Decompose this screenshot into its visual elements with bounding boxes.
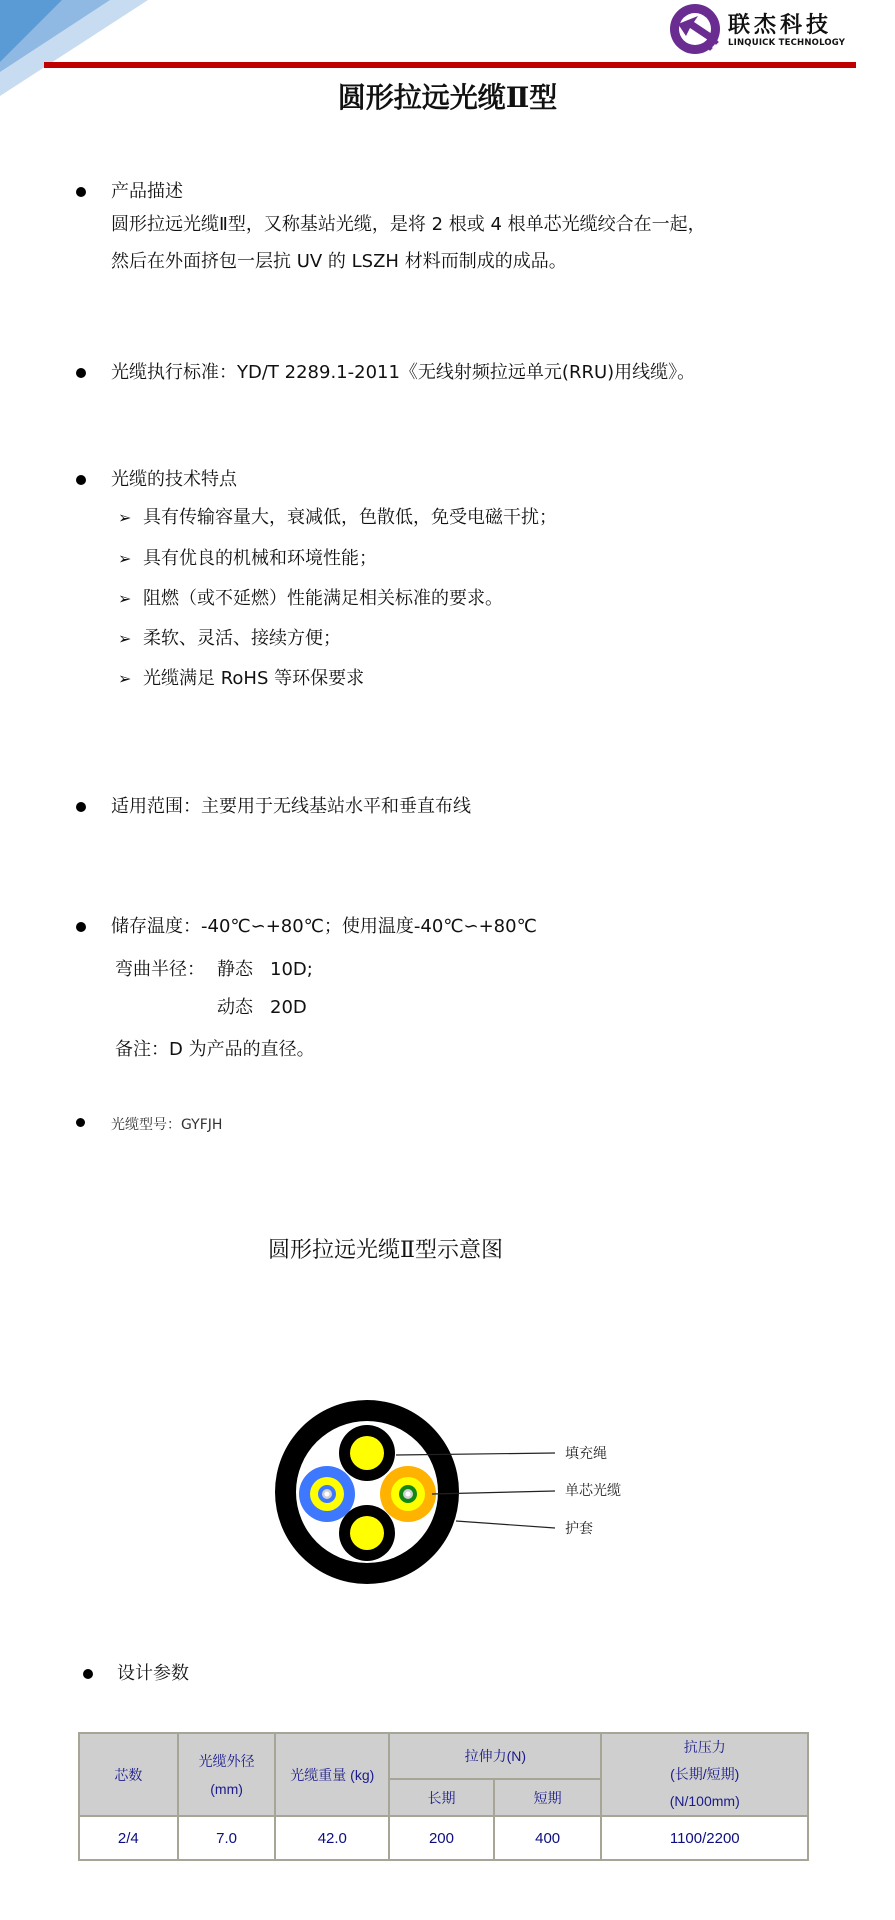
arrow-bullet-icon: ➢ xyxy=(118,508,131,527)
label-filler-rope: 填充绳 xyxy=(565,1443,607,1463)
header-accent-bar xyxy=(44,62,856,68)
company-logo: 联杰科技 LINQUICK TECHNOLOGY xyxy=(668,2,883,56)
feature-item: 阻燃（或不延燃）性能满足相关标准的要求。 xyxy=(143,588,503,610)
dynamic-value: 20D xyxy=(270,997,307,1019)
standard-text: 光缆执行标准：YD/T 2289.1-2011《无线射频拉远单元(RRU)用线缆… xyxy=(111,362,695,384)
arrow-bullet-icon: ➢ xyxy=(118,589,131,608)
bullet-icon xyxy=(83,1669,93,1679)
cell-tension-long: 200 xyxy=(389,1816,494,1860)
bullet-icon xyxy=(76,1118,85,1127)
cell-cores: 2/4 xyxy=(79,1816,178,1860)
logo-emblem-icon xyxy=(668,2,724,56)
cell-tension-short: 400 xyxy=(494,1816,602,1860)
bullet-icon xyxy=(76,368,86,378)
arrow-bullet-icon: ➢ xyxy=(118,549,131,568)
header-weight: 光缆重量 (kg) xyxy=(275,1733,389,1816)
header-crush: 抗压力 (长期/短期) (N/100mm) xyxy=(601,1733,808,1816)
diagram-title: 圆形拉远光缆Ⅱ型示意图 xyxy=(268,1233,503,1264)
bullet-icon xyxy=(76,922,86,932)
feature-item: 柔软、灵活、接续方便； xyxy=(143,628,341,650)
header-tension: 拉伸力(N) xyxy=(389,1733,601,1779)
section-heading-params: 设计参数 xyxy=(117,1663,189,1685)
header-crush-line1: 抗压力 xyxy=(602,1734,807,1761)
header-od-line1: 光缆外径 xyxy=(179,1747,275,1775)
static-value: 10D; xyxy=(270,959,313,981)
header-tension-long: 长期 xyxy=(389,1779,494,1816)
logo-english: LINQUICK TECHNOLOGY xyxy=(728,38,845,48)
dynamic-label: 动态 xyxy=(217,997,253,1019)
temperature-text: 储存温度：-40℃∽+80℃；使用温度-40℃∽+80℃ xyxy=(111,916,537,938)
model-text: 光缆型号：GYFJH xyxy=(111,1114,222,1134)
arrow-bullet-icon: ➢ xyxy=(118,629,131,648)
static-label: 静态 xyxy=(217,959,253,981)
logo-name: 联杰科技 xyxy=(728,8,832,39)
scope-text: 适用范围：主要用于无线基站水平和垂直布线 xyxy=(111,796,471,818)
header-od-line2: (mm) xyxy=(179,1775,275,1803)
design-params-table: 芯数 光缆外径 (mm) 光缆重量 (kg) 拉伸力(N) 抗压力 (长期/短期… xyxy=(78,1732,809,1861)
header-tension-short: 短期 xyxy=(494,1779,602,1816)
section-heading-description: 产品描述 xyxy=(111,181,183,203)
cable-cross-section-diagram xyxy=(260,1380,560,1600)
bullet-icon xyxy=(76,802,86,812)
header-cores: 芯数 xyxy=(79,1733,178,1816)
feature-item: 具有优良的机械和环境性能； xyxy=(143,548,377,570)
label-jacket: 护套 xyxy=(565,1518,593,1538)
header-outer-diameter: 光缆外径 (mm) xyxy=(178,1733,276,1816)
section-heading-features: 光缆的技术特点 xyxy=(111,469,237,491)
feature-item: 具有传输容量大，衰减低，色散低，免受电磁干扰； xyxy=(143,507,557,529)
diameter-note: 备注：D 为产品的直径。 xyxy=(115,1039,315,1061)
arrow-bullet-icon: ➢ xyxy=(118,669,131,688)
page-title: 圆形拉远光缆Ⅱ型 xyxy=(0,76,895,116)
label-single-core-cable: 单芯光缆 xyxy=(565,1480,621,1500)
cell-outer-diameter: 7.0 xyxy=(178,1816,276,1860)
table-row: 2/4 7.0 42.0 200 400 1100/2200 xyxy=(79,1816,808,1860)
header-crush-line2: (长期/短期) xyxy=(602,1761,807,1788)
description-line: 圆形拉远光缆Ⅱ型，又称基站光缆，是将 2 根或 4 根单芯光缆绞合在一起， xyxy=(111,214,706,236)
bullet-icon xyxy=(76,475,86,485)
cell-weight: 42.0 xyxy=(275,1816,389,1860)
cell-crush: 1100/2200 xyxy=(601,1816,808,1860)
bullet-icon xyxy=(76,187,86,197)
header-crush-line3: (N/100mm) xyxy=(602,1788,807,1815)
bend-radius-label: 弯曲半径： xyxy=(115,959,205,981)
feature-item: 光缆满足 RoHS 等环保要求 xyxy=(143,668,364,690)
description-line: 然后在外面挤包一层抗 UV 的 LSZH 材料而制成的成品。 xyxy=(111,251,567,273)
